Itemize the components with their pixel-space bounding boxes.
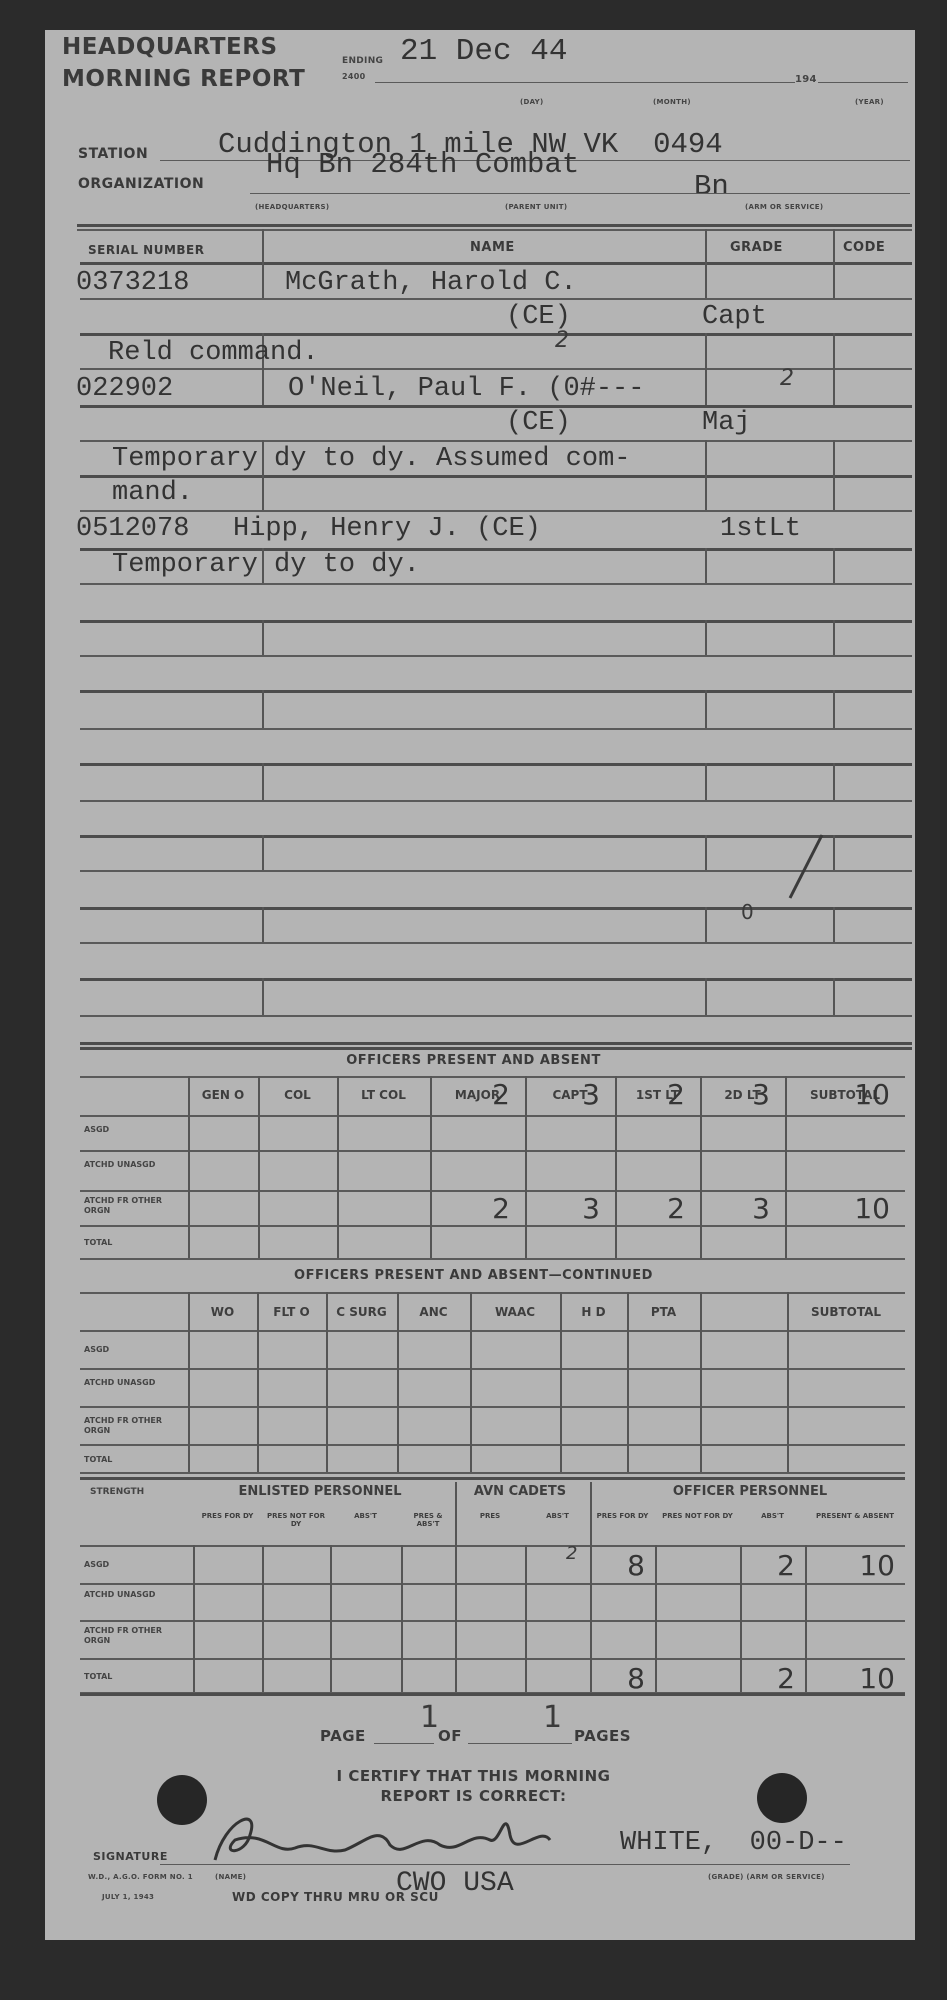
serial-number: 0373218 [76,268,189,298]
page-total-line [468,1743,572,1744]
table-col-line [257,1292,259,1472]
roster-col-line [705,548,707,583]
count-value: 2 [740,1662,795,1695]
table-col-line [627,1292,629,1472]
col-header-code: CODE [843,240,885,255]
count-value: 8 [590,1662,645,1695]
roster-col-line [705,620,707,655]
roster-col-line [833,262,835,298]
column-header: PRES & ABS'T [401,1512,455,1528]
grade-caption: (GRADE) (ARM OR SERVICE) [708,1873,825,1881]
count-value: 10 [785,1192,890,1225]
roster-col-line [705,475,707,510]
column-header: COL [258,1088,337,1102]
count-value: 3 [525,1078,600,1111]
row-label: ATCHD UNASGD [84,1160,184,1170]
row-label: ASGD [84,1560,184,1570]
roster-col-line [833,548,835,583]
column-header: FLT O [257,1305,326,1319]
column-header: PRES [455,1512,525,1520]
row-label: TOTAL [84,1238,184,1248]
roster-row-line [80,583,912,585]
signer-typed-name: WHITE, 00-D-- [620,1828,847,1858]
group-header: AVN CADETS [455,1484,585,1499]
arm-caption: (ARM OR SERVICE) [745,203,823,211]
roster-col-line [262,835,264,870]
remark: Reld command. [108,338,319,368]
column-header: WO [188,1305,257,1319]
count-value: 2 [740,1549,795,1582]
row-label: ATCHD UNASGD [84,1378,184,1388]
roster-col-line [705,763,707,800]
roster-row-line [80,942,912,944]
row-label: TOTAL [84,1455,184,1465]
row-label: ASGD [84,1125,184,1135]
strength-label: STRENGTH [90,1487,144,1497]
count-value: 10 [785,1078,890,1111]
column-header: PRESENT & ABSENT [805,1512,905,1520]
roster-col-line [262,907,264,942]
roster-col-line [833,907,835,942]
roster-col-line [833,368,835,405]
branch: (CE) [506,408,571,438]
roster-col-line [705,333,707,368]
table-col-line [326,1292,328,1472]
count-value: 10 [805,1662,895,1695]
roster-col-line [833,763,835,800]
table-col-line [787,1292,789,1472]
grade: Capt [702,302,767,332]
table-row-line [80,1444,905,1446]
roster-row-line [80,1015,912,1017]
roster-col-line [705,262,707,298]
roster-col-line [262,978,264,1015]
officer-name: Hipp, Henry J. (CE) [233,514,541,544]
group-header: OFFICER PERSONNEL [595,1484,905,1499]
count-value: 3 [525,1192,600,1225]
roster-col-line [833,440,835,475]
col-header-serial: SERIAL NUMBER [88,243,204,257]
roster-col-line [262,620,264,655]
table-col-line [188,1076,190,1258]
month-caption: (MONTH) [653,98,691,106]
ending-time: 2400 [342,72,365,81]
table-col-line [700,1292,702,1472]
stray-mark: 0 [741,900,754,924]
section-title: OFFICERS PRESENT AND ABSENT [0,1053,947,1068]
roster-top-rule-2 [77,229,912,231]
page-num-line [374,1743,434,1744]
form-title-line2: MORNING REPORT [62,66,305,92]
year-underline [818,82,908,83]
officer-name: O'Neil, Paul F. (0#--- [288,374,644,404]
col-header-grade: GRADE [730,240,783,255]
column-header: ABS'T [525,1512,590,1520]
section-rule [80,1693,905,1696]
of-label: OF [438,1727,462,1745]
roster-col-line [833,620,835,655]
section-title: OFFICERS PRESENT AND ABSENT—CONTINUED [0,1268,947,1283]
group-header: ENLISTED PERSONNEL [190,1484,450,1499]
year-prefix: 194 [795,74,817,85]
count-value: 2 [430,1078,510,1111]
roster-col-line [833,835,835,870]
count-value: 2 [615,1192,685,1225]
col-header-name: NAME [470,240,515,255]
table-row-line [80,1150,905,1152]
officer-name: McGrath, Harold C. [285,268,577,298]
table-row-line [80,1368,905,1370]
roster-row-line [80,333,912,336]
pages-label: PAGES [574,1727,631,1745]
parent-caption: (PARENT UNIT) [505,203,567,211]
table-col-line [262,1545,264,1692]
roster-row-line [80,728,912,730]
name-caption: (NAME) [215,1873,246,1881]
signature-line [160,1864,850,1865]
roster-row-line [80,510,912,512]
margin-mark: 2 [555,328,569,353]
organization-label: ORGANIZATION [78,176,204,192]
report-date: 21 Dec 44 [400,34,567,69]
certify-line1: I CERTIFY THAT THIS MORNING [0,1767,947,1785]
roster-col-line [705,835,707,870]
signer-grade: CWO USA [396,1868,514,1899]
page-number: 1 [420,1700,439,1735]
roster-row-line [80,690,912,693]
table-row-line [80,1292,905,1294]
table-row-line [80,1583,905,1585]
column-header: ANC [397,1305,470,1319]
roster-col-line [705,978,707,1015]
organization-value: Hq Bn 284th Combat [266,148,579,181]
roster-col-line [262,690,264,728]
remark: Temporary dy to dy. Assumed com- [112,444,630,474]
roster-row-line [80,475,912,478]
column-header: PRES NOT FOR DY [262,1512,330,1528]
punch-hole-left [157,1775,207,1825]
organization-arm: Bn [694,170,729,203]
remark: Temporary dy to dy. [112,550,420,580]
roster-row-line [80,298,912,300]
table-col-line [330,1545,332,1692]
roster-row-line [80,655,912,657]
roster-col-line [262,229,264,262]
roster-row-line [80,800,912,802]
initial-mark: 2 [566,1543,577,1564]
roster-col-line [833,475,835,510]
section-rule [80,1042,912,1045]
table-col-line [193,1545,195,1692]
margin-mark: 2 [780,366,794,391]
table-col-line [337,1076,339,1258]
roster-col-line [833,690,835,728]
row-label: ATCHD FR OTHER ORGN [84,1196,184,1216]
table-row-line [80,1258,905,1260]
serial-number: 0512078 [76,514,189,544]
roster-col-line [833,333,835,368]
station-label: STATION [78,146,148,162]
hq-caption: (HEADQUARTERS) [255,203,329,211]
punch-hole-right [757,1773,807,1823]
roster-row-line [80,440,912,442]
form-title-line1: HEADQUARTERS [62,34,278,60]
count-value: 8 [590,1549,645,1582]
column-header: ABS'T [330,1512,401,1520]
roster-col-line [262,262,264,298]
roster-top-rule [77,224,912,227]
page-label: PAGE [320,1727,366,1745]
table-row-line [80,1115,905,1117]
column-header: PRES FOR DY [193,1512,262,1520]
table-col-line [397,1292,399,1472]
ending-label: ENDING [342,56,383,66]
row-label: ASGD [84,1345,184,1355]
column-header: H D [560,1305,627,1319]
morning-report-form [45,30,915,1940]
roster-col-line [262,368,264,405]
page-total: 1 [543,1700,562,1735]
roster-col-line [262,475,264,510]
count-value: 3 [700,1078,770,1111]
roster-col-line [705,690,707,728]
table-col-line [401,1545,403,1692]
roster-col-line [705,440,707,475]
count-value: 10 [805,1549,895,1582]
row-label: ATCHD UNASGD [84,1590,184,1600]
roster-row-line [80,763,912,766]
roster-col-line [705,368,707,405]
column-header: LT COL [337,1088,430,1102]
form-id-line1: W.D., A.G.O. FORM NO. 1 [88,1873,193,1881]
table-row-line [80,1330,905,1332]
column-header: PRES FOR DY [590,1512,655,1520]
table-row-line [80,1620,905,1622]
table-col-line [258,1076,260,1258]
table-col-line [470,1292,472,1472]
count-value: 2 [430,1192,510,1225]
table-col-line [525,1545,527,1692]
table-col-line [655,1545,657,1692]
roster-row-line [80,405,912,408]
roster-col-line [833,229,835,262]
signature-label: SIGNATURE [93,1850,168,1863]
date-underline [375,82,795,83]
section-rule [80,1477,905,1480]
year-caption: (YEAR) [855,98,884,106]
column-header: SUBTOTAL [787,1305,905,1319]
row-label: ATCHD FR OTHER ORGN [84,1416,184,1436]
roster-row-line [80,262,912,265]
row-label: ATCHD FR OTHER ORGN [84,1626,184,1646]
remark: mand. [112,478,193,508]
pen-stroke-icon [760,830,830,910]
column-header: WAAC [470,1305,560,1319]
column-header: GEN O [188,1088,258,1102]
section-rule [80,1047,912,1050]
column-header: PTA [627,1305,700,1319]
count-value: 2 [615,1078,685,1111]
table-col-line [188,1292,190,1472]
table-row-line [80,1472,905,1474]
count-value: 3 [700,1192,770,1225]
grade: 1stLt [720,514,801,544]
roster-col-line [833,978,835,1015]
grade: Maj [702,408,751,438]
signature-icon [205,1800,635,1870]
day-caption: (DAY) [520,98,544,106]
table-row-line [80,1225,905,1227]
column-header: ABS'T [740,1512,805,1520]
row-label: TOTAL [84,1672,184,1682]
table-row-line [80,1545,905,1547]
organization-underline [250,193,910,194]
serial-number: 022902 [76,374,173,404]
column-header: PRES NOT FOR DY [655,1512,740,1520]
table-row-line [80,1406,905,1408]
column-header: C SURG [326,1305,397,1319]
roster-row-line [80,620,912,623]
roster-col-line [705,229,707,262]
table-col-line [560,1292,562,1472]
roster-row-line [80,978,912,981]
roster-col-line [262,763,264,800]
table-col-line [455,1545,457,1692]
form-id-line2: JULY 1, 1943 [102,1893,154,1901]
roster-col-line [705,907,707,942]
table-row-line [80,1658,905,1660]
